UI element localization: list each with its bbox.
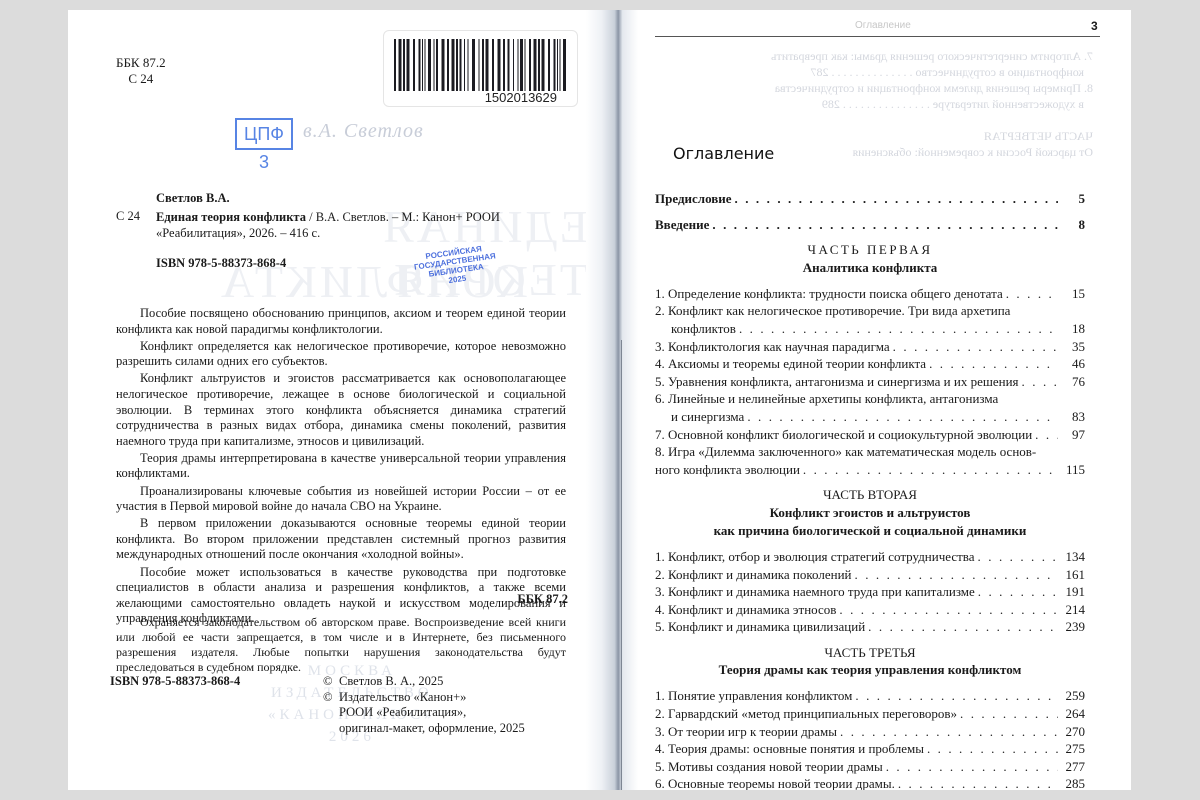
toc-entry-page: 275 (1061, 740, 1085, 758)
toc-entry-page: 134 (1061, 548, 1085, 566)
toc-entry-title: 5. Уравнения конфликта, антагонизма и си… (655, 373, 1019, 391)
toc-entry-title: 4. Аксиомы и теоремы единой теории конфл… (655, 355, 926, 373)
toc-entry-title: 4. Теория драмы: основные понятия и проб… (655, 740, 924, 758)
toc-entry-page: 15 (1061, 285, 1085, 303)
toc-chapter-entry[interactable]: 2. Гарвардский «метод принципиальных пер… (655, 705, 1085, 723)
copyright-publisher: оригинал-макет, оформление, 2025 (339, 721, 525, 737)
toc-entry-title: 3. От теории игр к теории драмы (655, 723, 837, 741)
toc-title: Оглавление (673, 144, 774, 163)
dot-leader (839, 601, 1058, 619)
dot-leader (735, 190, 1058, 208)
part-heading: ЧАСТЬ ПЕРВАЯАналитика конфликта (655, 241, 1085, 277)
toc-part: ЧАСТЬ ПЕРВАЯАналитика конфликта1. Опреде… (655, 241, 1085, 478)
toc-chapter-entry[interactable]: 4. Аксиомы и теоремы единой теории конфл… (655, 355, 1085, 373)
toc-chapter-entry[interactable]: 2. Конфликт и динамика поколений161 (655, 566, 1085, 584)
toc-entry-page: 83 (1061, 408, 1085, 426)
table-of-contents: Предисловие5Введение8ЧАСТЬ ПЕРВАЯАналити… (655, 190, 1085, 790)
bibliographic-record: Единая теория конфликта / В.А. Светлов. … (156, 209, 556, 241)
copyright-lines: ©Светлов В. А., 2025 ©Издательство «Кано… (323, 674, 525, 736)
toc-entry-page: 97 (1061, 426, 1085, 444)
toc-front-entry[interactable]: Введение8 (655, 216, 1085, 234)
dot-leader (927, 740, 1058, 758)
toc-chapter-entry[interactable]: 2. Конфликт как нелогическое противоречи… (655, 302, 1085, 337)
dot-leader (893, 338, 1058, 356)
running-head: Оглавление (655, 20, 1100, 37)
copyright-author: Светлов В. А., 2025 (339, 674, 443, 690)
toc-entry-title: 2. Конфликт и динамика поколений (655, 566, 852, 584)
dot-leader (868, 618, 1058, 636)
author-mark: С 24 (116, 71, 166, 87)
book-spread: ЕДИНАЯ ТЕОРИЯ КОНФЛИКТА ББК 87.2 С 24 15… (68, 10, 1131, 790)
part-label: ЧАСТЬ ПЕРВАЯ (655, 241, 1085, 259)
toc-chapter-entry[interactable]: 3. Конфликтология как научная парадигма3… (655, 338, 1085, 356)
dot-leader (803, 461, 1058, 479)
toc-entry-page: 259 (1061, 687, 1085, 705)
part-heading: ЧАСТЬ ВТОРАЯКонфликт эгоистов и альтруис… (655, 486, 1085, 540)
toc-entry-title: 5. Мотивы создания новой теории драмы (655, 758, 883, 776)
dot-leader (978, 583, 1058, 601)
bbk-header: ББК 87.2 С 24 (116, 55, 166, 87)
toc-entry-page: 264 (1061, 705, 1085, 723)
toc-entry-page: 76 (1061, 373, 1085, 391)
toc-front-entry[interactable]: Предисловие5 (655, 190, 1085, 208)
toc-chapter-entry[interactable]: 1. Понятие управления конфликтом259 (655, 687, 1085, 705)
toc-entry-page: 285 (1061, 775, 1085, 790)
toc-entry-page: 8 (1061, 216, 1085, 234)
toc-entry-title: 6. Линейные и нелинейные архетипы конфли… (655, 390, 1085, 408)
toc-chapter-entry[interactable]: 5. Уравнения конфликта, антагонизма и си… (655, 373, 1085, 391)
toc-entry-title: 8. Игра «Дилемма заключенного» как матем… (655, 443, 1085, 461)
toc-entry-title: 4. Конфликт и динамика этносов (655, 601, 836, 619)
toc-entry-page: 46 (1061, 355, 1085, 373)
toc-chapter-entry[interactable]: 8. Игра «Дилемма заключенного» как матем… (655, 443, 1085, 478)
toc-chapter-entry[interactable]: 1. Конфликт, отбор и эволюция стратегий … (655, 548, 1085, 566)
dot-leader (840, 723, 1058, 741)
toc-entry-page: 277 (1061, 758, 1085, 776)
toc-entry-title: 1. Определение конфликта: трудности поис… (655, 285, 1003, 303)
toc-entry-title: 1. Конфликт, отбор и эволюция стратегий … (655, 548, 975, 566)
part-title: Теория драмы как теория управления конфл… (655, 661, 1085, 679)
toc-entry-page: 18 (1061, 320, 1085, 338)
barcode-label: 1502013629 (383, 30, 578, 107)
toc-chapter-entry[interactable]: 5. Конфликт и динамика цивилизаций239 (655, 618, 1085, 636)
imprint-page: ЕДИНАЯ ТЕОРИЯ КОНФЛИКТА ББК 87.2 С 24 15… (68, 10, 588, 790)
annotation-paragraph: Теория драмы интерпретирована в качестве… (116, 451, 566, 482)
isbn-bottom: ISBN 978-5-88373-868-4 (110, 674, 240, 689)
annotation: Пособие посвящено обоснованию принципов,… (116, 306, 566, 628)
part-heading: ЧАСТЬ ТРЕТЬЯТеория драмы как теория упра… (655, 644, 1085, 680)
bbk-code: ББК 87.2 (116, 55, 166, 71)
toc-entry-title: ного конфликта эволюции (655, 461, 800, 479)
copyright-icon: © (323, 690, 339, 706)
toc-entry-page: 161 (1061, 566, 1085, 584)
annotation-paragraph: Конфликт альтруистов и эгоистов рассматр… (116, 371, 566, 449)
chapter-list: 1. Понятие управления конфликтом2592. Га… (655, 687, 1085, 790)
toc-entry-page: 239 (1061, 618, 1085, 636)
bbk-code-bottom: ББК 87.2 (517, 592, 568, 607)
book-title: Единая теория конфликта (156, 210, 306, 224)
dot-leader (1006, 285, 1058, 303)
barcode-number: 1502013629 (384, 90, 577, 105)
toc-entry-page: 270 (1061, 723, 1085, 741)
toc-chapter-entry[interactable]: 1. Определение конфликта: трудности поис… (655, 285, 1085, 303)
toc-entry-title: Введение (655, 216, 709, 234)
copyright-icon: © (323, 674, 339, 690)
toc-chapter-entry[interactable]: 5. Мотивы создания новой теории драмы277 (655, 758, 1085, 776)
toc-part: ЧАСТЬ ТРЕТЬЯТеория драмы как теория упра… (655, 644, 1085, 790)
part-title: как причина биологической и социальной д… (655, 522, 1085, 540)
toc-entry-title: 5. Конфликт и динамика цивилизаций (655, 618, 865, 636)
toc-entry-continuation[interactable]: конфликтов18 (655, 320, 1085, 338)
copyright-publisher: РООИ «Реабилитация», (339, 705, 466, 721)
chapter-list: 1. Конфликт, отбор и эволюция стратегий … (655, 548, 1085, 636)
dot-leader (929, 355, 1058, 373)
toc-entry-title: 7. Основной конфликт биологической и соц… (655, 426, 1032, 444)
toc-entry-page: 115 (1061, 461, 1085, 479)
toc-part: ЧАСТЬ ВТОРАЯКонфликт эгоистов и альтруис… (655, 486, 1085, 636)
toc-entry-title: 3. Конфликтология как научная парадигма (655, 338, 890, 356)
toc-entry-page: 5 (1061, 190, 1085, 208)
toc-chapter-entry[interactable]: 3. Конфликт и динамика наемного труда пр… (655, 583, 1085, 601)
author-name: Светлов В.А. (156, 191, 230, 206)
toc-chapter-entry[interactable]: 6. Основные теоремы новой теории драмы.2… (655, 775, 1085, 790)
cutter-mark: С 24 (116, 209, 140, 224)
part-label: ЧАСТЬ ТРЕТЬЯ (655, 644, 1085, 662)
dot-leader (855, 566, 1059, 584)
annotation-paragraph: Конфликт определяется как нелогическое п… (116, 339, 566, 370)
dot-leader (1035, 426, 1058, 444)
toc-entry-title: Предисловие (655, 190, 732, 208)
part-title: Аналитика конфликта (655, 259, 1085, 277)
show-through-signature: в.А. Светлов (303, 120, 424, 143)
toc-entry-page: 214 (1061, 601, 1085, 619)
dot-leader (886, 758, 1058, 776)
running-head-ghost: Оглавление (855, 20, 911, 31)
toc-entry-continuation[interactable]: ного конфликта эволюции115 (655, 461, 1085, 479)
toc-chapter-entry[interactable]: 4. Теория драмы: основные понятия и проб… (655, 740, 1085, 758)
toc-chapter-entry[interactable]: 7. Основной конфликт биологической и соц… (655, 426, 1085, 444)
toc-entry-title: 2. Конфликт как нелогическое противоречи… (655, 302, 1085, 320)
annotation-paragraph: Проанализированы ключевые события из нов… (116, 484, 566, 515)
toc-chapter-entry[interactable]: 6. Линейные и нелинейные архетипы конфли… (655, 390, 1085, 425)
annotation-paragraph: В первом приложении доказываются основны… (116, 516, 566, 563)
contents-page: Оглавление 3 7. Алгоритм синергетическог… (613, 10, 1131, 790)
toc-entry-page: 191 (1061, 583, 1085, 601)
isbn: ISBN 978-5-88373-868-4 (156, 256, 286, 271)
toc-entry-title: 2. Гарвардский «метод принципиальных пер… (655, 705, 957, 723)
chapter-list: 1. Определение конфликта: трудности поис… (655, 285, 1085, 479)
toc-chapter-entry[interactable]: 4. Конфликт и динамика этносов214 (655, 601, 1085, 619)
dot-leader (747, 408, 1058, 426)
annotation-paragraph: Пособие посвящено обоснованию принципов,… (116, 306, 566, 337)
toc-chapter-entry[interactable]: 3. От теории игр к теории драмы270 (655, 723, 1085, 741)
copyright-publisher: Издательство «Канон+» (339, 690, 466, 706)
dot-leader (855, 687, 1058, 705)
toc-entry-continuation[interactable]: и синергизма83 (655, 408, 1085, 426)
dot-leader (712, 216, 1058, 234)
dot-leader (898, 775, 1058, 790)
toc-entry-title: 6. Основные теоремы новой теории драмы. (655, 775, 895, 790)
part-title: Конфликт эгоистов и альтруистов (655, 504, 1085, 522)
page-number: 3 (1091, 19, 1098, 33)
toc-entry-page: 35 (1061, 338, 1085, 356)
toc-entry-title: и синергизма (671, 408, 744, 426)
dot-leader (1022, 373, 1058, 391)
toc-entry-title: 3. Конфликт и динамика наемного труда пр… (655, 583, 975, 601)
dot-leader (960, 705, 1058, 723)
dot-leader (978, 548, 1058, 566)
barcode-icon (392, 39, 567, 91)
toc-entry-title: 1. Понятие управления конфликтом (655, 687, 852, 705)
cpf-stamp: ЦПФ 3 (235, 118, 293, 150)
part-label: ЧАСТЬ ВТОРАЯ (655, 486, 1085, 504)
dot-leader (739, 320, 1058, 338)
toc-entry-title: конфликтов (671, 320, 736, 338)
